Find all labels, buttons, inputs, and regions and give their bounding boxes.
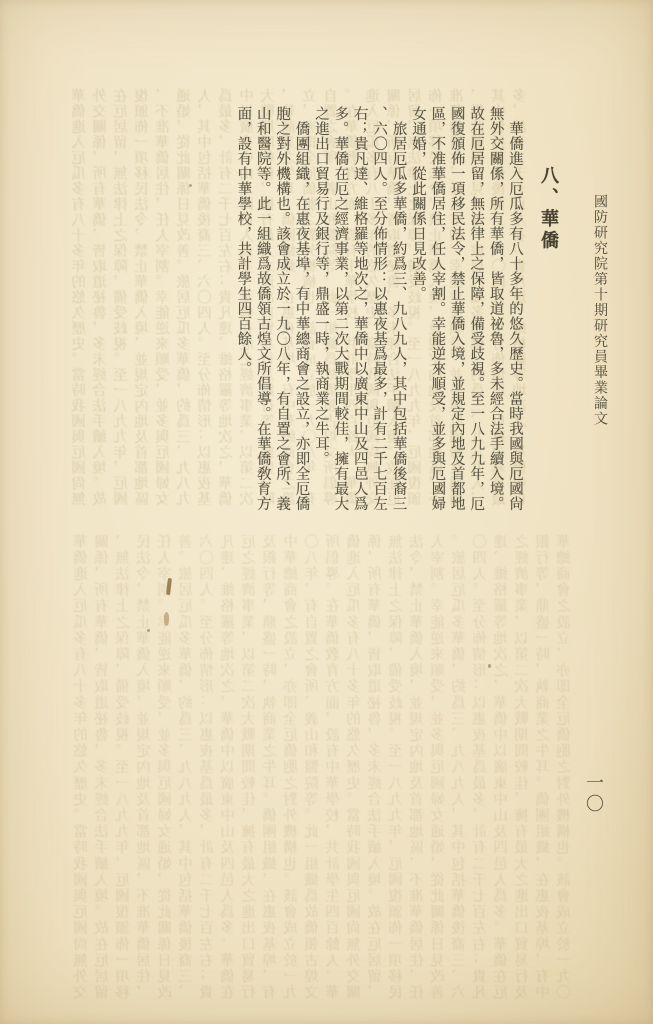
paragraph-3: 僑團組織，在惠夜基埠，有中華總商會之設立，亦即全厄僑胞之對外機構也。該會成立於一…: [233, 106, 311, 518]
margin-running-title: 國防研究院第十期研究員畢業論文: [589, 194, 609, 427]
body-text-block: 華僑進入厄瓜多有八十多年的悠久歷史。當時我國與厄國尙無外交關係，所有華僑，皆取道…: [231, 106, 524, 518]
paragraph-2: 旅居厄瓜多華僑，約爲三、九八九人，其中包括華僑後裔三、六〇四人。至分佈情形：以惠…: [311, 106, 408, 518]
paragraph-1: 華僑進入厄瓜多有八十多年的悠久歷史。當時我國與厄國尙無外交關係，所有華僑，皆取道…: [408, 106, 524, 518]
bleedthrough-text-bottom: 華僑進入厄瓜多有八十多年的悠久歷史。當時我國與厄國尙無外交關係，所有華僑，皆取道…: [72, 534, 578, 1012]
section-heading: 八、華僑: [536, 166, 562, 252]
scanned-document-page: 華僑進入厄瓜多有八十多年的悠久歷史。當時我國與厄國尙無外交關係，所有華僑，皆取道…: [0, 0, 653, 1024]
page-number: 一〇: [581, 773, 607, 815]
